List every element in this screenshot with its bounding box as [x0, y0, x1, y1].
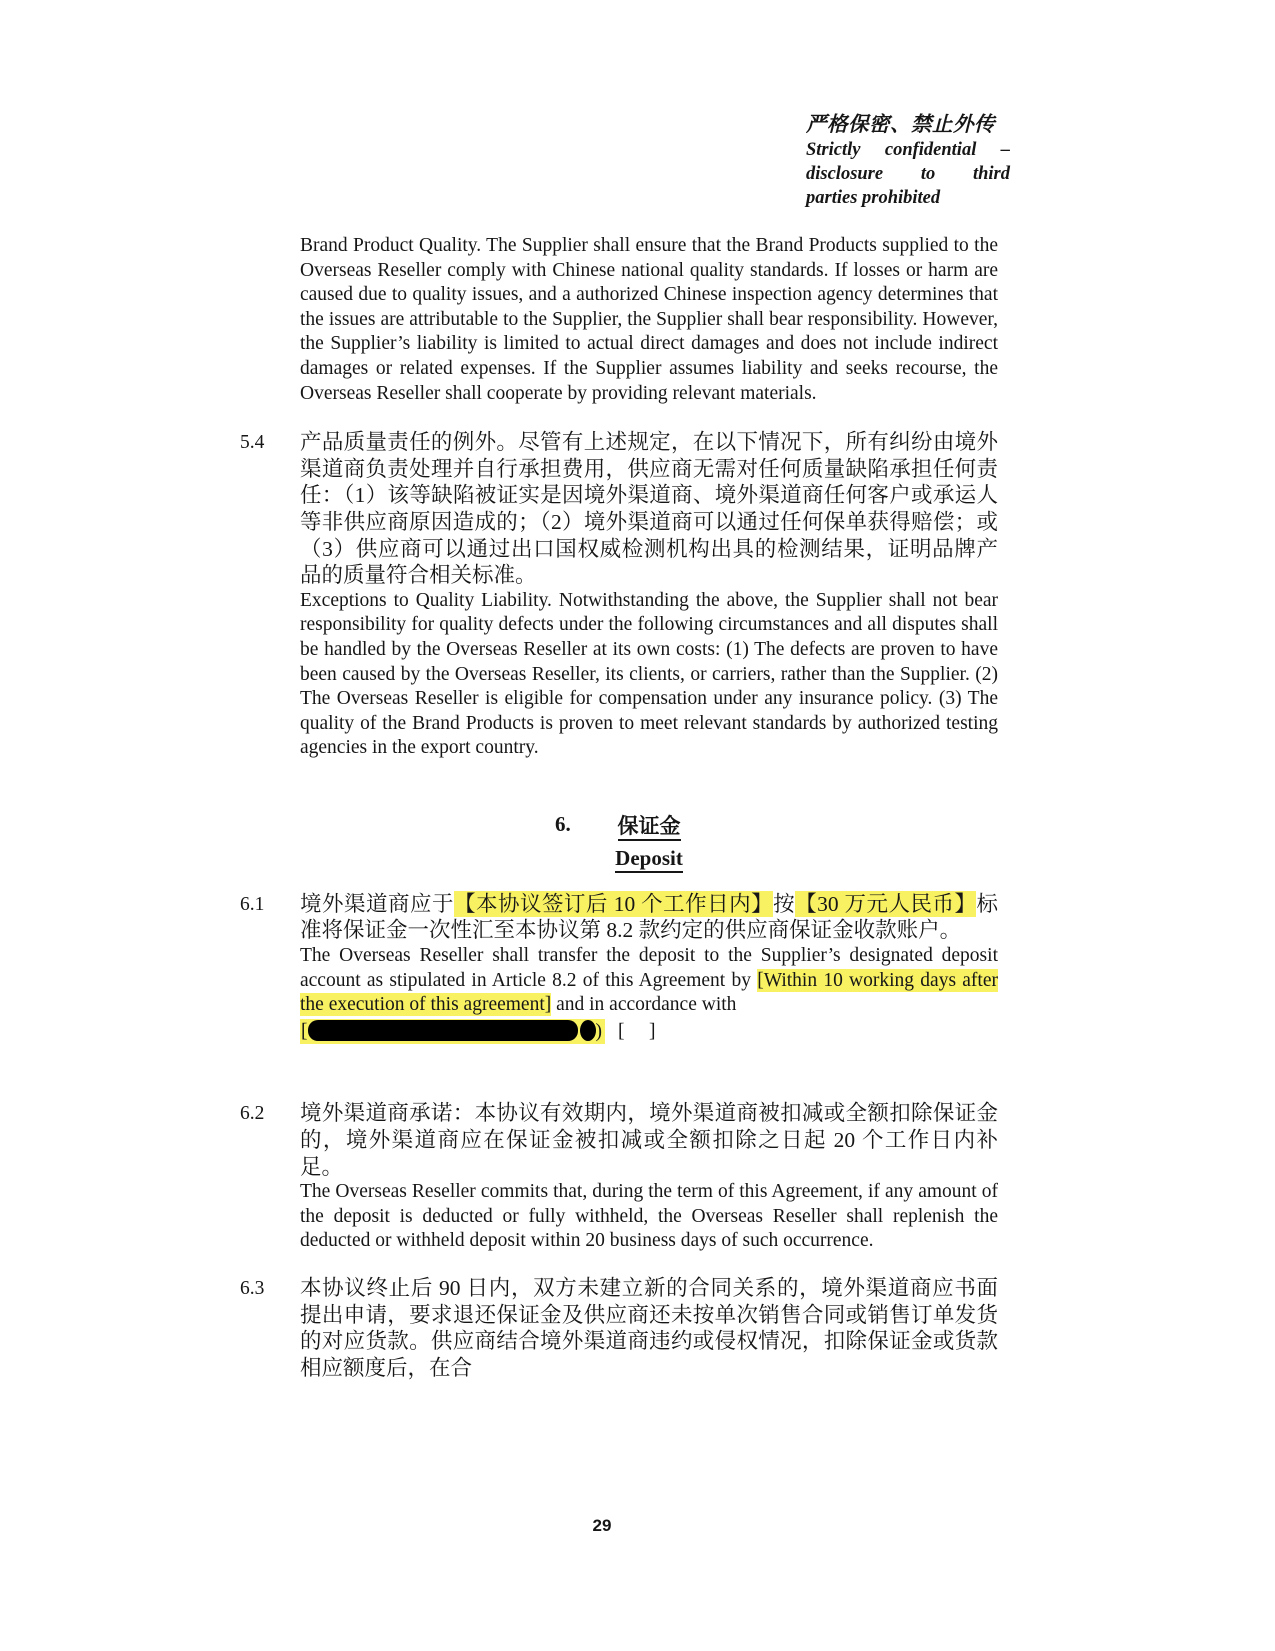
redaction-bar [308, 1020, 578, 1041]
clause-6-3-number: 6.3 [240, 1275, 300, 1303]
document-body: Brand Product Quality. The Supplier shal… [240, 234, 998, 1381]
redacted-open-bracket: [ [301, 1021, 308, 1042]
redacted-line: [)[ ] [300, 1020, 998, 1045]
empty-fill-in-brackets: [ ] [618, 1021, 657, 1042]
clause-5-4-english: Exceptions to Quality Liability. Notwith… [300, 589, 998, 761]
redacted-highlight: [) [300, 1019, 605, 1044]
clause-6-3-chinese: 本协议终止后 90 日内，双方未建立新的合同关系的，境外渠道商应书面提出申请，要… [300, 1275, 998, 1381]
page-number: 29 [562, 1516, 642, 1536]
clause-brand-product-quality: Brand Product Quality. The Supplier shal… [300, 234, 998, 406]
confidential-notice-chinese: 严格保密、禁止外传 [806, 112, 1010, 138]
clause-6-2-chinese: 境外渠道商承诺：本协议有效期内，境外渠道商被扣减或全额扣除保证金的，境外渠道商应… [300, 1100, 998, 1180]
clause-6-2: 6.2 境外渠道商承诺：本协议有效期内，境外渠道商被扣减或全额扣除保证金的，境外… [240, 1100, 998, 1254]
clause-5-4: 5.4 产品质量责任的例外。尽管有上述规定，在以下情况下，所有纠纷由境外渠道商负… [240, 429, 998, 761]
clause-6-1-zh-text: 境外渠道商应于 [300, 892, 454, 916]
redacted-close-paren: ) [596, 1021, 603, 1042]
section-6-number: 6. [555, 812, 571, 837]
clause-6-3: 6.3 本协议终止后 90 日内，双方未建立新的合同关系的，境外渠道商应书面提出… [240, 1275, 998, 1381]
highlighted-term-amount: 【30 万元人民币】 [795, 891, 976, 917]
section-6-heading: 6. 保证金 Deposit [300, 810, 998, 874]
redaction-bar-end [580, 1020, 596, 1041]
clause-5-4-chinese: 产品质量责任的例外。尽管有上述规定，在以下情况下，所有纠纷由境外渠道商负责处理并… [300, 429, 998, 589]
brand-product-quality-english: Brand Product Quality. The Supplier shal… [300, 234, 998, 406]
contract-page: 严格保密、禁止外传 Strictly confidential – disclo… [0, 0, 1275, 1651]
clause-6-1-number: 6.1 [240, 891, 300, 919]
highlighted-term-deadline: 【本协议签订后 10 个工作日内】 [454, 891, 773, 917]
confidential-notice-english-line2: disclosure to third [806, 162, 1010, 186]
clause-6-1-english: The Overseas Reseller shall transfer the… [300, 944, 998, 1018]
clause-6-1-chinese: 境外渠道商应于【本协议签订后 10 个工作日内】按【30 万元人民币】标准将保证… [300, 891, 998, 944]
clause-6-2-english: The Overseas Reseller commits that, duri… [300, 1180, 998, 1254]
section-6-title-english: Deposit [300, 842, 998, 874]
clause-5-4-number: 5.4 [240, 429, 300, 457]
clause-6-1: 6.1 境外渠道商应于【本协议签订后 10 个工作日内】按【30 万元人民币】标… [240, 891, 998, 1045]
confidential-notice: 严格保密、禁止外传 Strictly confidential – disclo… [806, 112, 1010, 210]
section-6-title-chinese: 保证金 [300, 810, 998, 842]
confidential-notice-english-line3: parties prohibited [806, 186, 1010, 210]
confidential-notice-english-line1: Strictly confidential – [806, 138, 1010, 162]
clause-6-2-number: 6.2 [240, 1100, 300, 1128]
